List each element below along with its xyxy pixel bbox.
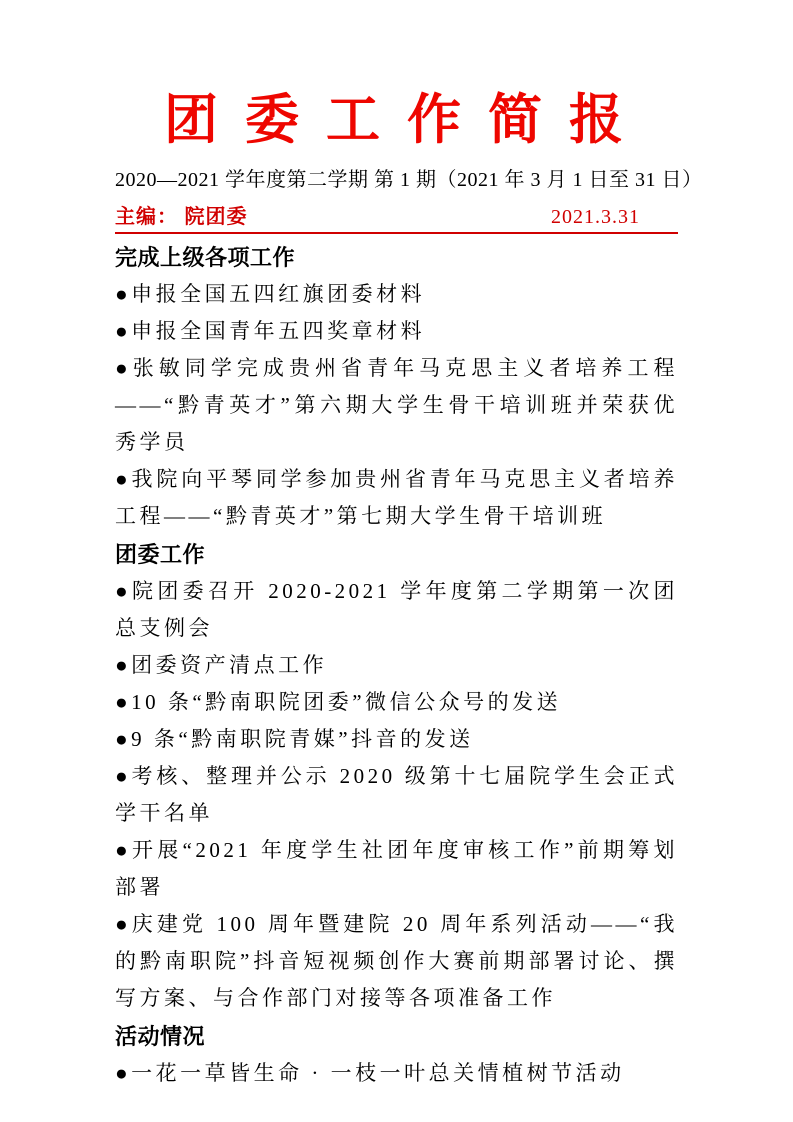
bullet-item: ●我院向平琴同学参加贵州省青年马克思主义者培养工程——“黔青英才”第七期大学生骨…	[115, 461, 678, 535]
issue-date: 2021.3.31	[551, 206, 678, 229]
section-heading-committee-work: 团委工作	[115, 539, 678, 571]
bullet-item: ●院团委召开 2020-2021 学年度第二学期第一次团总支例会	[115, 573, 678, 647]
bullet-item: ●张敏同学完成贵州省青年马克思主义者培养工程——“黔青英才”第六期大学生骨干培训…	[115, 350, 678, 461]
section-heading-superior-work: 完成上级各项工作	[115, 242, 678, 274]
bullet-item: ●开展“2021 年度学生社团年度审核工作”前期筹划部署	[115, 832, 678, 906]
bullet-item: ●9 条“黔南职院青媒”抖音的发送	[115, 721, 678, 758]
bullet-item: ●申报全国青年五四奖章材料	[115, 313, 678, 350]
bullet-item: ●申报全国五四红旗团委材料	[115, 276, 678, 313]
section-heading-activities: 活动情况	[115, 1021, 678, 1053]
bulletin-document-page: 团 委 工 作 简 报 2020—2021 学年度第二学期 第 1 期（2021…	[0, 0, 793, 1122]
issue-info-line: 2020—2021 学年度第二学期 第 1 期（2021 年 3 月 1 日至 …	[115, 166, 678, 194]
bullet-item: ●庆建党 100 周年暨建院 20 周年系列活动——“我的黔南职院”抖音短视频创…	[115, 906, 678, 1017]
bullet-item: ●考核、整理并公示 2020 级第十七届院学生会正式学干名单	[115, 758, 678, 832]
bullet-item: ●团委资产清点工作	[115, 647, 678, 684]
editor-label: 主编： 院团委	[115, 200, 248, 229]
page-title: 团 委 工 作 简 报	[115, 88, 678, 152]
editor-row: 主编： 院团委 2021.3.31	[115, 200, 678, 234]
document-body: 完成上级各项工作 ●申报全国五四红旗团委材料 ●申报全国青年五四奖章材料 ●张敏…	[115, 242, 678, 1092]
bullet-item: ●一花一草皆生命 · 一枝一叶总关情植树节活动	[115, 1055, 678, 1092]
bullet-item: ●10 条“黔南职院团委”微信公众号的发送	[115, 684, 678, 721]
